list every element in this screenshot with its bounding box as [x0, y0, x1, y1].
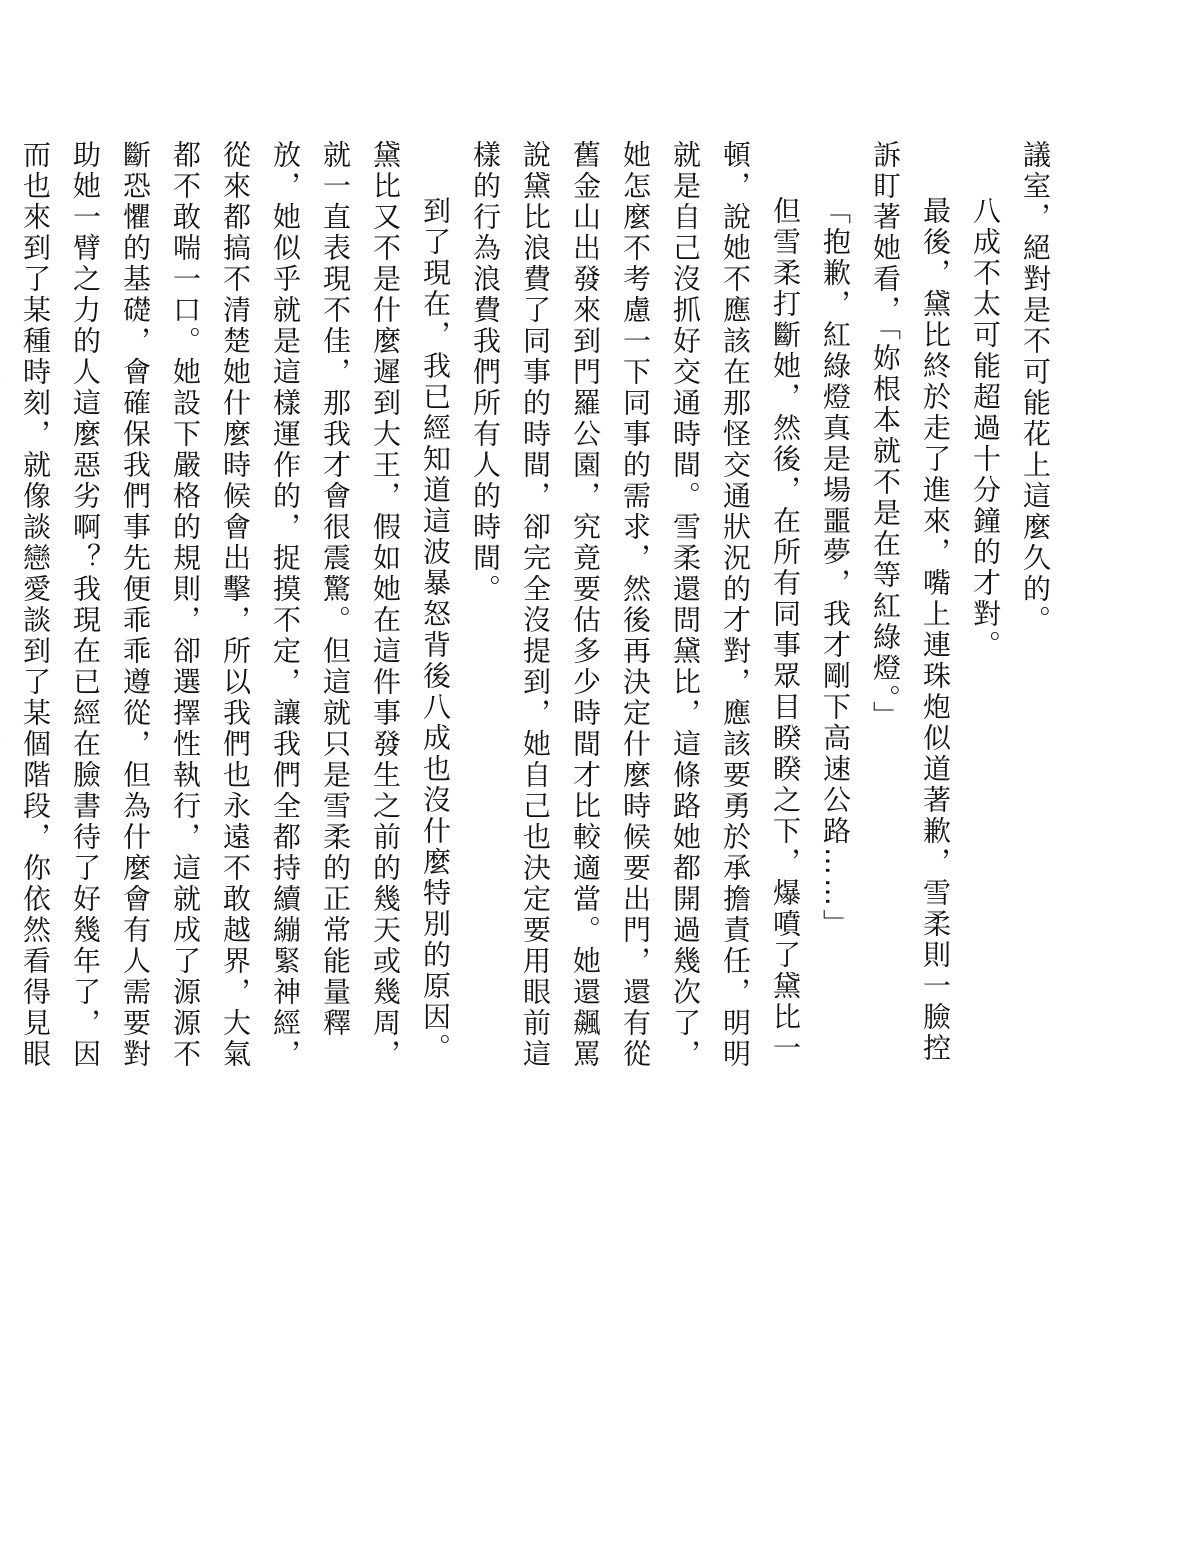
paragraph-2: 八成不太可能超過十分鐘的才對。 — [960, 140, 1010, 1090]
paragraph-1: 議室，絕對是不可能花上這麼久的。 — [1010, 140, 1060, 1090]
vertical-text-page: 議室，絕對是不可能花上這麼久的。 八成不太可能超過十分鐘的才對。 最後，黛比終於… — [0, 140, 1060, 1090]
paragraph-4: 「抱歉，紅綠燈真是場噩夢，我才剛下高速公路……」 — [810, 140, 860, 1090]
paragraph-6: 到了現在，我已經知道這波暴怒背後八成也沒什麼特別的原因。黛比又不是什麼遲到大王，… — [0, 140, 460, 1090]
paragraph-5: 但雪柔打斷她，然後，在所有同事眾目睽睽之下，爆噴了黛比一頓，說她不應該在那怪交通… — [460, 140, 810, 1090]
paragraph-3: 最後，黛比終於走了進來，嘴上連珠炮似道著歉，雪柔則一臉控訴盯著她看，「妳根本就不… — [860, 140, 960, 1090]
